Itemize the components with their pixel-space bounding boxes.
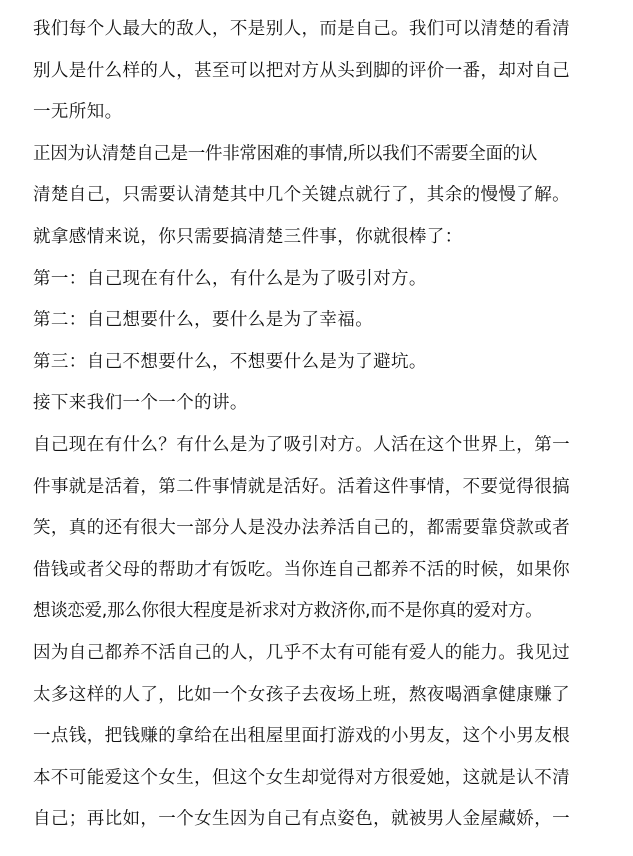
- text-line: 就拿感情来说，你只需要搞清楚三件事，你就很棒了：: [33, 217, 593, 259]
- text-line: 接下来我们一个一个的讲。: [33, 383, 593, 425]
- text-line: 自己现在有什么？有什么是为了吸引对方。人活在这个世界上，第一: [33, 425, 593, 467]
- text-line: 笑，真的还有很大一部分人是没办法养活自己的，都需要靠贷款或者: [33, 508, 593, 550]
- text-line: 想谈恋爱,那么你很大程度是祈求对方救济你,而不是你真的爱对方。: [33, 591, 593, 633]
- text-line: 我们每个人最大的敌人，不是别人，而是自己。我们可以清楚的看清: [33, 9, 593, 51]
- text-line: 一无所知。: [33, 92, 593, 134]
- text-line: 本不可能爱这个女生，但这个女生却觉得对方很爱她，这就是认不清: [33, 758, 593, 800]
- text-line: 第一：自己现在有什么，有什么是为了吸引对方。: [33, 259, 593, 301]
- text-line: 件事就是活着，第二件事情就是活好。活着这件事情，不要觉得很搞: [33, 467, 593, 509]
- text-line: 一点钱，把钱赚的拿给在出租屋里面打游戏的小男友，这个小男友根: [33, 716, 593, 758]
- text-line: 别人是什么样的人，甚至可以把对方从头到脚的评价一番，却对自己: [33, 51, 593, 93]
- text-line: 正因为认清楚自己是一件非常困难的事情,所以我们不需要全面的认: [33, 134, 593, 176]
- text-line: 因为自己都养不活自己的人，几乎不太有可能有爱人的能力。我见过: [33, 633, 593, 675]
- document-page: 我们每个人最大的敌人，不是别人，而是自己。我们可以清楚的看清 别人是什么样的人，…: [33, 9, 593, 841]
- text-line: 第三：自己不想要什么，不想要什么是为了避坑。: [33, 342, 593, 384]
- text-line: 借钱或者父母的帮助才有饭吃。当你连自己都养不活的时候，如果你: [33, 550, 593, 592]
- text-line: 清楚自己，只需要认清楚其中几个关键点就行了，其余的慢慢了解。: [33, 175, 593, 217]
- text-line: 第二：自己想要什么，要什么是为了幸福。: [33, 300, 593, 342]
- text-line: 太多这样的人了，比如一个女孩子去夜场上班，熬夜喝酒拿健康赚了: [33, 675, 593, 717]
- text-line: 自己；再比如，一个女生因为自己有点姿色，就被男人金屋藏娇，一: [33, 799, 593, 841]
